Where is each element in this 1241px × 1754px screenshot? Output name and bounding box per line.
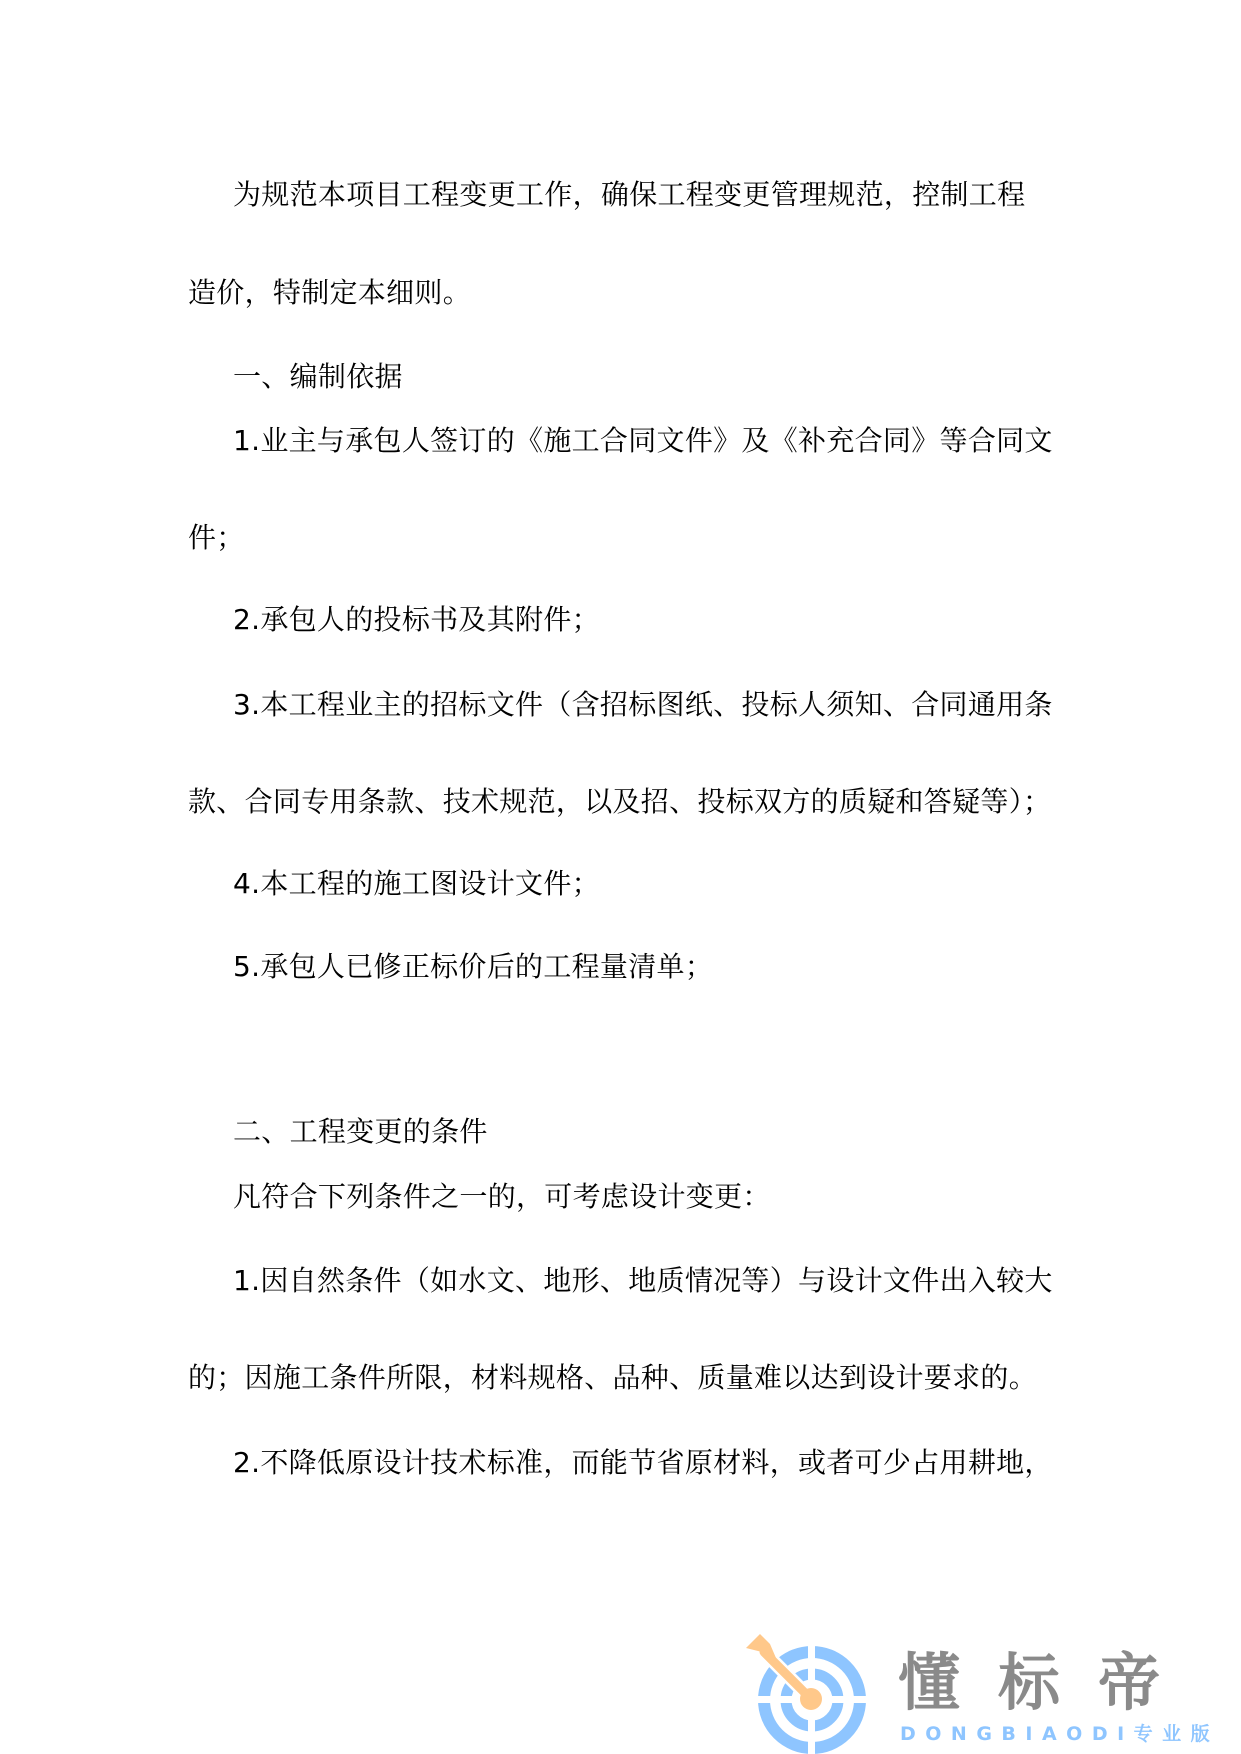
list-item-5: 5.承包人已修正标价后的工程量清单； xyxy=(233,949,713,985)
watermark: 懂标帝 DONGBIAODI专业版 xyxy=(740,1630,1241,1754)
list-item-1-line-2: 件； xyxy=(188,520,245,556)
list-item-4: 4.本工程的施工图设计文件； xyxy=(233,866,600,902)
list-item-2: 2.承包人的投标书及其附件； xyxy=(233,602,600,638)
condition-item-1-line-2: 的；因施工条件所限，材料规格、品种、质量难以达到设计要求的。 xyxy=(188,1360,1037,1396)
paragraph-intro-line-1: 为规范本项目工程变更工作，确保工程变更管理规范，控制工程 xyxy=(233,177,1025,213)
document-page: 为规范本项目工程变更工作，确保工程变更管理规范，控制工程 造价，特制定本细则。 … xyxy=(0,0,1241,1754)
condition-item-2-line-1: 2.不降低原设计技术标准，而能节省原材料，或者可少占用耕地， xyxy=(233,1445,1053,1481)
list-item-3-line-2: 款、合同专用条款、技术规范，以及招、投标双方的质疑和答疑等）； xyxy=(188,784,1051,820)
section-2-intro: 凡符合下列条件之一的，可考虑设计变更： xyxy=(233,1179,771,1215)
target-arrow-icon xyxy=(740,1630,870,1754)
list-item-3-line-1: 3.本工程业主的招标文件（含招标图纸、投标人须知、合同通用条 xyxy=(233,687,1053,723)
watermark-brand: 懂标帝 xyxy=(898,1650,1198,1716)
section-heading-1: 一、编制依据 xyxy=(233,359,403,395)
condition-item-1-line-1: 1.因自然条件（如水文、地形、地质情况等）与设计文件出入较大 xyxy=(233,1263,1053,1299)
paragraph-intro-line-2: 造价，特制定本细则。 xyxy=(188,275,471,311)
list-item-1-line-1: 1.业主与承包人签订的《施工合同文件》及《补充合同》等合同文 xyxy=(233,423,1053,459)
section-heading-2: 二、工程变更的条件 xyxy=(233,1114,488,1150)
watermark-subtitle: DONGBIAODI专业版 xyxy=(900,1722,1219,1746)
